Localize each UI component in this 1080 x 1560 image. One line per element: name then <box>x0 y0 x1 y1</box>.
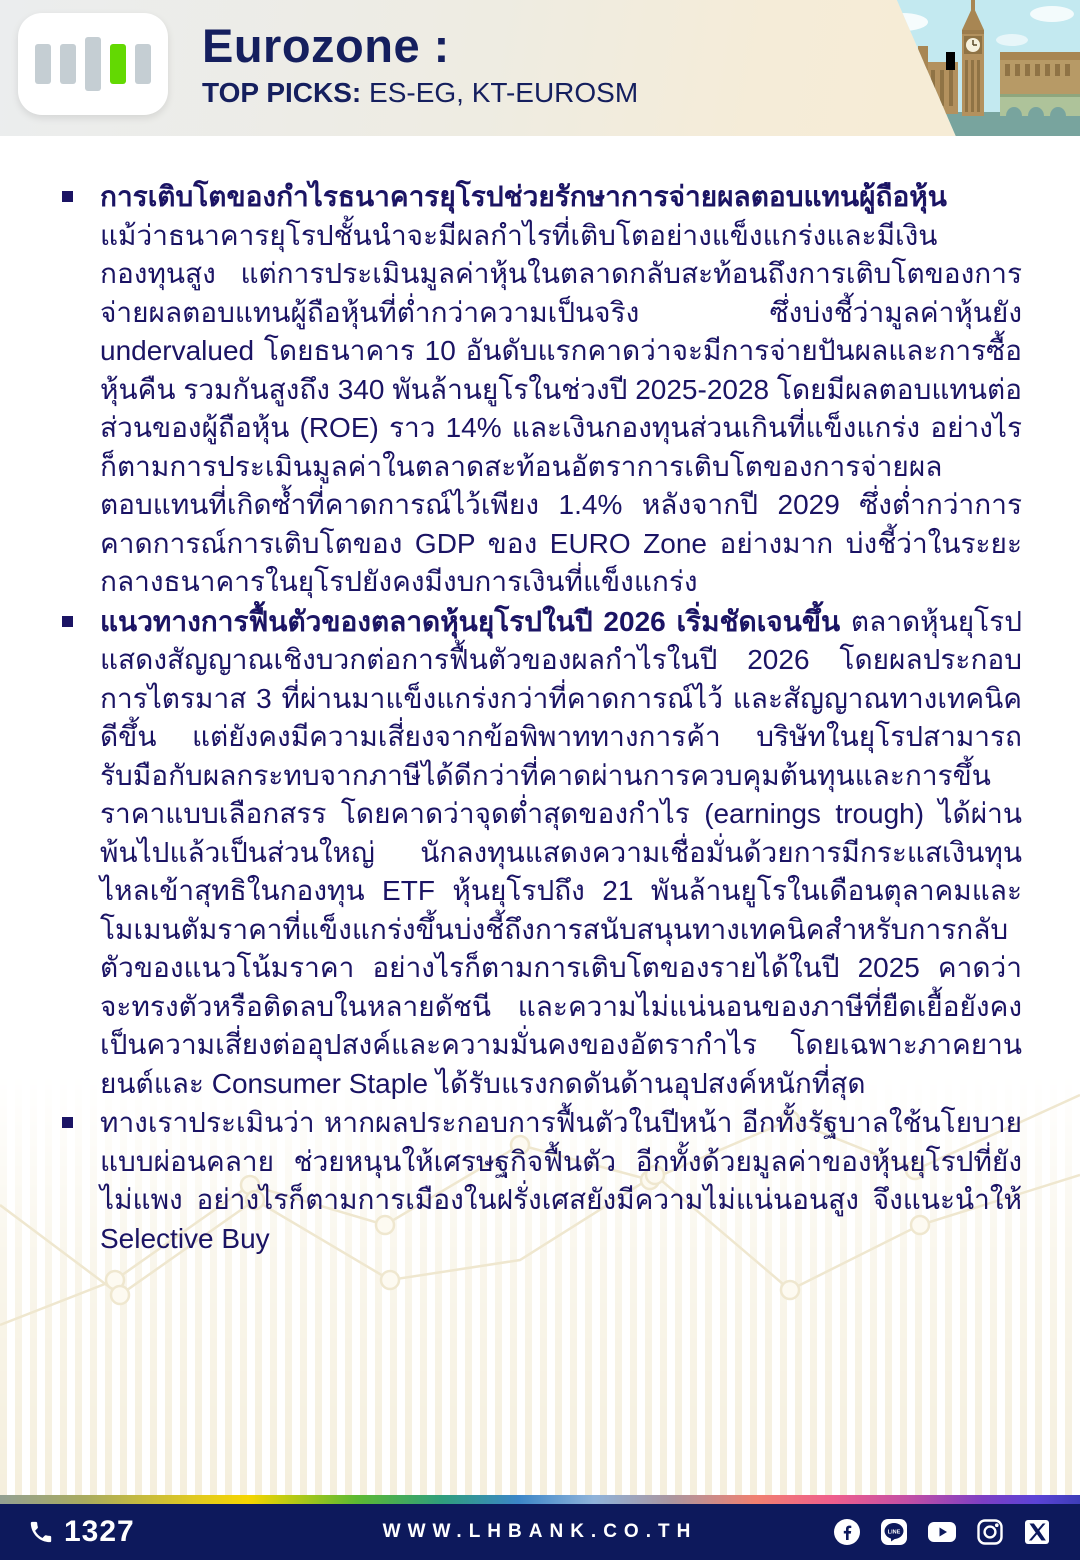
report-body: การเติบโตของกำไรธนาคารยุโรปช่วยรักษาการจ… <box>0 136 1080 1258</box>
bullet-square-icon <box>62 191 73 202</box>
footer-phone: 1327 <box>28 1515 308 1549</box>
top-picks-value: ES-EG, KT-EUROSM <box>361 77 638 108</box>
bullet-body: ทางเราประเมินว่า หากผลประกอบการฟื้นตัวใน… <box>100 1107 1022 1254</box>
lhbank-logo <box>18 13 168 115</box>
youtube-icon[interactable] <box>926 1517 958 1547</box>
footer-bar: 1327 WWW.LHBANK.CO.TH LINE <box>0 1504 1080 1560</box>
footer: 1327 WWW.LHBANK.CO.TH LINE <box>0 1495 1080 1560</box>
logo-bar-green <box>110 44 126 84</box>
logo-bar <box>35 44 51 84</box>
page-title: Eurozone : <box>202 18 638 73</box>
logo-bar <box>85 37 101 91</box>
x-icon[interactable] <box>1022 1517 1052 1547</box>
phone-number: 1327 <box>64 1515 135 1549</box>
top-picks-label: TOP PICKS: <box>202 77 361 108</box>
bullet-text: ทางเราประเมินว่า หากผลประกอบการฟื้นตัวใน… <box>100 1104 1022 1258</box>
bullet-body: ตลาดหุ้นยุโรปแสดงสัญญาณเชิงบวกต่อการฟื้น… <box>100 606 1022 1099</box>
bullet-text: การเติบโตของกำไรธนาคารยุโรปช่วยรักษาการจ… <box>100 178 1022 602</box>
bar-chart-logo-icon <box>35 13 151 115</box>
social-links: LINE <box>772 1517 1052 1547</box>
svg-text:LINE: LINE <box>888 1530 901 1536</box>
facebook-icon[interactable] <box>832 1517 862 1547</box>
website-link[interactable]: WWW.LHBANK.CO.TH <box>308 1521 772 1543</box>
london-big-ben-photo <box>862 0 1080 136</box>
bullet-item: แนวทางการฟื้นตัวของตลาดหุ้นยุโรปในปี 202… <box>62 603 1022 1104</box>
bullet-heading: แนวทางการฟื้นตัวของตลาดหุ้นยุโรปในปี 202… <box>100 606 840 637</box>
bullet-item: การเติบโตของกำไรธนาคารยุโรปช่วยรักษาการจ… <box>62 178 1022 602</box>
bullet-text: แนวทางการฟื้นตัวของตลาดหุ้นยุโรปในปี 202… <box>100 603 1022 1104</box>
bullet-body: แม้ว่าธนาคารยุโรปชั้นนำจะมีผลกำไรที่เติบ… <box>100 220 1022 598</box>
report-page: Eurozone : TOP PICKS: ES-EG, KT-EUROSM <box>0 0 1080 1560</box>
header-titles: Eurozone : TOP PICKS: ES-EG, KT-EUROSM <box>202 18 638 109</box>
bullet-item: ทางเราประเมินว่า หากผลประกอบการฟื้นตัวใน… <box>62 1104 1022 1258</box>
bullet-heading: การเติบโตของกำไรธนาคารยุโรปช่วยรักษาการจ… <box>100 181 947 212</box>
bullet-square-icon <box>62 1117 73 1128</box>
instagram-icon[interactable] <box>975 1517 1005 1547</box>
top-picks-line: TOP PICKS: ES-EG, KT-EUROSM <box>202 77 638 109</box>
line-icon[interactable]: LINE <box>879 1517 909 1547</box>
rainbow-divider <box>0 1495 1080 1504</box>
header: Eurozone : TOP PICKS: ES-EG, KT-EUROSM <box>0 0 1080 136</box>
logo-bar <box>60 44 76 84</box>
bullet-square-icon <box>62 616 73 627</box>
logo-bar <box>135 44 151 84</box>
phone-icon <box>28 1519 54 1545</box>
